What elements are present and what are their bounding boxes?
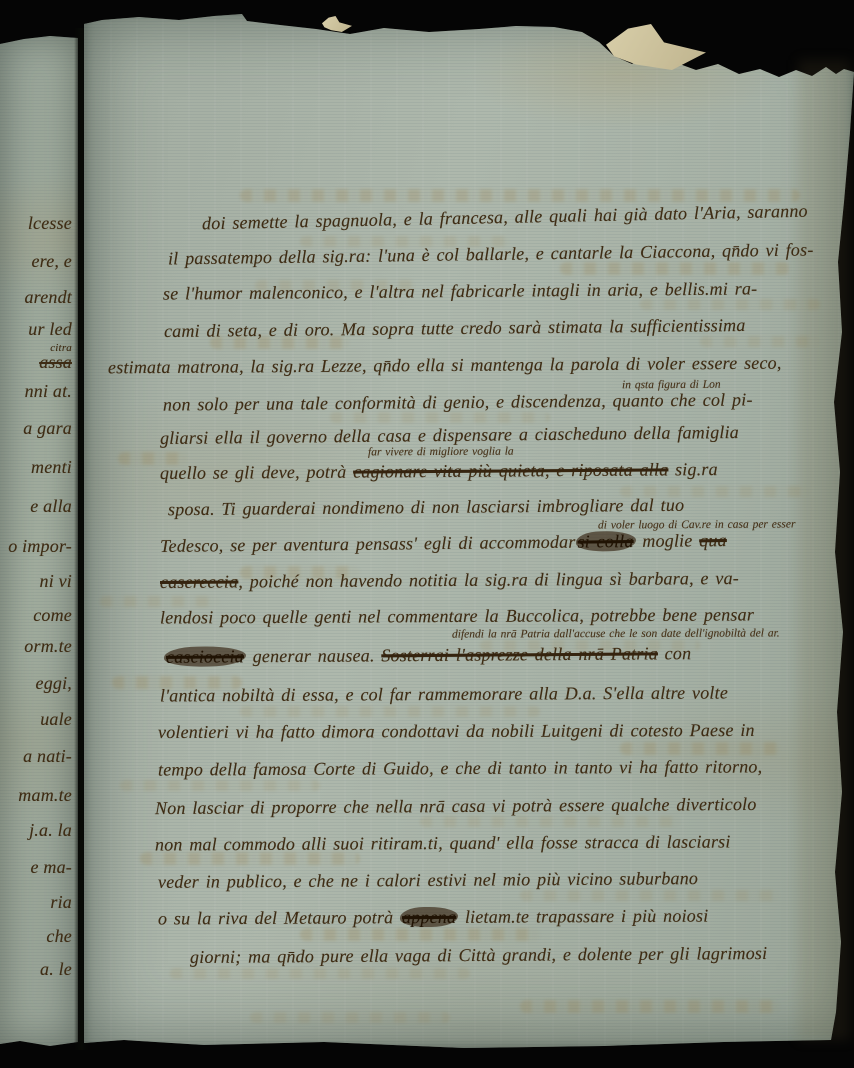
text-segment: eggi, [36,673,73,693]
text-segment: a nati- [23,746,72,766]
text-segment: e ma- [31,857,72,877]
ink-showthrough [240,189,800,202]
text-segment: Tedesco, se per aventura pensass' egli d… [160,532,576,556]
ink-showthrough [420,816,680,827]
text-segment: se l'humor malenconico, e l'altra nel fa… [163,278,757,303]
left-page-text-fragment: a nati- [23,746,72,767]
torn-paper-notch [322,16,352,32]
text-segment: ni vi [40,571,73,591]
text-segment: giorni; ma qn̄do pure ella vaga di Città… [190,943,767,967]
struck-text: qua [699,530,727,550]
left-page-text-fragment: ria [50,892,72,913]
left-page-text-fragment: arendt [24,287,72,308]
handwritten-line: lendosi poco quelle genti nel commentare… [160,604,754,628]
left-page-text-fragment: ere, e [31,251,72,272]
text-segment: lcesse [28,213,72,233]
left-page-text-fragment: eggi, [36,673,73,694]
handwritten-line: cascioccia generar nausea. Sosterrai l'a… [164,643,691,668]
struck-text: cagionare vita più quieta, e riposata al… [353,459,668,481]
text-segment: e alla [30,496,72,516]
text-segment: come [33,605,72,625]
text-segment: non mal commodo alli suoi ritiram.ti, qu… [155,831,731,854]
text-segment: arendt [24,287,72,307]
text-segment: lietam.te trapassare i più noiosi [458,906,708,927]
text-segment: moglie [636,530,700,551]
ink-blotted-text: cascioccia [164,646,246,667]
struck-text: casereccia [160,571,238,592]
text-segment: non solo per una tale conformità di geni… [163,389,753,414]
handwritten-line: tempo della famosa Corte di Guido, e che… [158,756,762,780]
left-page-text-fragment: che [46,926,72,947]
left-page-text-fragment: menti [31,457,72,478]
text-segment: j.a. la [29,820,72,840]
text-segment: o su la riva del Metauro potrà [158,907,400,928]
left-page-text-fragment: assa [39,352,72,373]
ink-showthrough [250,1012,450,1023]
text-segment: o impor- [8,536,72,556]
interlinear-insertion: difendi la nrā Patria dall'accuse che le… [452,627,780,640]
handwritten-line: veder in publico, e che ne i calori esti… [158,868,698,893]
text-segment: Non lasciar di proporre che nella nrā ca… [155,794,757,818]
text-segment: generar nausea. [246,645,382,666]
text-segment: ria [50,892,72,912]
text-segment: sposa. Ti guarderai nondimeno di non las… [168,495,684,520]
struck-text: Sosterrai l'asprezze della nrā Patria [381,643,658,665]
left-page-text-fragment: lcesse [28,213,72,234]
text-segment: nni at. [25,381,72,401]
ink-showthrough [120,780,320,791]
text-segment: estimata matrona, la sig.ra Lezze, qn̄do… [108,353,782,378]
left-page-text-fragment: a. le [40,959,72,980]
text-segment: menti [31,457,72,477]
text-segment: sig.ra [668,459,718,479]
left-page-text-fragment: j.a. la [29,820,72,841]
text-segment: ur led [28,319,72,339]
ink-blotted-text: si colla [575,531,635,552]
text-segment: l'antica nobiltà di essa, e col far ramm… [160,683,728,706]
left-page-text-fragment: a gara [23,418,72,439]
text-segment: volentieri vi ha fatto dimora condottavi… [158,720,755,742]
handwritten-line: casereccia, poiché non havendo notitia l… [160,568,739,593]
handwritten-line: giorni; ma qn̄do pure ella vaga di Città… [190,943,767,968]
text-segment: mam.te [18,785,72,805]
manuscript-scan: lcesseere, earendtur ledcitraassanni at.… [0,0,854,1068]
left-page-text-fragment: mam.te [18,785,72,806]
text-segment: veder in publico, e che ne i calori esti… [158,868,698,892]
text-segment: lendosi poco quelle genti nel commentare… [160,604,754,627]
handwritten-line: volentieri vi ha fatto dimora condottavi… [158,720,755,743]
text-segment: difendi la nrā Patria dall'accuse che le… [452,627,780,640]
text-segment: che [46,926,72,946]
handwritten-line: quello se gli deve, potrà cagionare vita… [160,459,718,484]
handwritten-line: Non lasciar di proporre che nella nrā ca… [155,794,757,819]
text-segment: , poiché non havendo notitia la sig.ra d… [238,568,739,591]
text-segment: quello se gli deve, potrà [160,462,353,483]
text-segment: ere, e [31,251,72,271]
left-page-text-fragment: ur led [28,319,72,340]
text-segment: a gara [23,418,72,438]
left-page-text-fragment: orm.te [24,636,72,657]
ink-showthrough [300,928,540,941]
left-page-text-fragment: nni at. [25,381,72,402]
text-segment: a. le [40,959,72,979]
handwritten-line: l'antica nobiltà di essa, e col far ramm… [160,683,728,707]
text-segment: uale [40,709,72,729]
left-page-text-fragment: uale [40,709,72,730]
left-page-text-fragment: o impor- [8,536,72,557]
handwritten-line: sposa. Ti guarderai nondimeno di non las… [168,495,684,521]
ink-showthrough [520,890,780,901]
text-segment: con [658,643,691,663]
struck-text: assa [39,352,72,372]
ink-showthrough [640,299,820,310]
left-page-text-fragment: e ma- [31,857,72,878]
handwritten-line: o su la riva del Metauro potrà appena li… [158,906,708,930]
ink-showthrough [700,336,820,347]
ink-showthrough [620,742,780,755]
ink-showthrough [560,262,790,275]
text-segment: orm.te [24,636,72,656]
ink-showthrough [240,706,540,717]
interlinear-insertion: far vivere di migliore voglia la [368,446,514,459]
left-page-text-fragment: come [33,605,72,626]
ink-blotted-text: appena [400,907,458,927]
ink-showthrough [520,1000,780,1013]
text-segment: tempo della famosa Corte di Guido, e che… [158,756,762,779]
handwritten-line: non mal commodo alli suoi ritiram.ti, qu… [155,831,731,855]
left-page-text-fragment: e alla [30,496,72,517]
left-page-text-fragment: ni vi [40,571,73,592]
text-segment: far vivere di migliore voglia la [368,446,514,459]
ink-showthrough [100,596,220,607]
ink-showthrough [170,968,470,979]
